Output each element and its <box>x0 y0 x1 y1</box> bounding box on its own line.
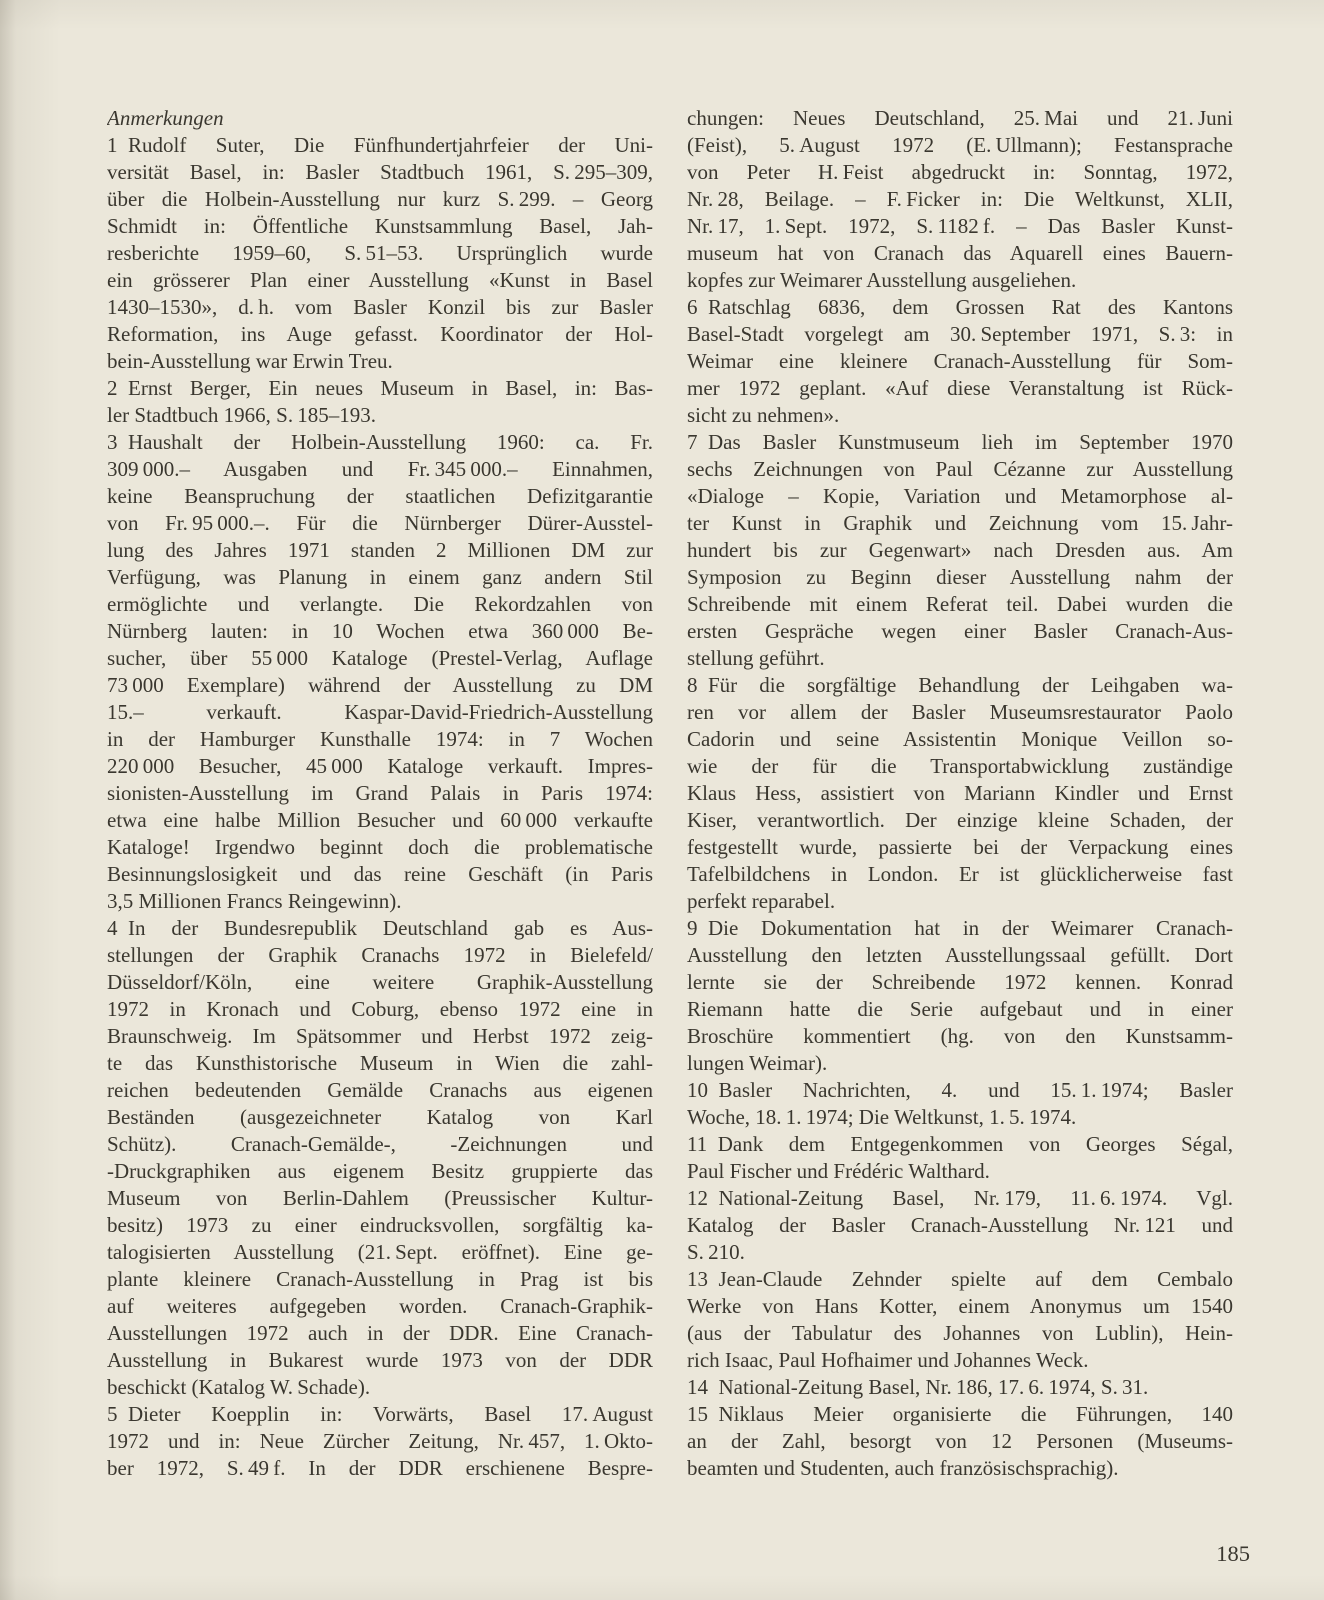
text-line: Ausstellung in Bukarest wurde 1973 von d… <box>107 1347 653 1374</box>
book-page-text: Anmerkungen 1 Rudolf Suter, Die Fünfhund… <box>107 105 1233 1482</box>
text-line: 15.– verkauft. Kaspar-David-Friedrich-Au… <box>107 699 653 726</box>
text-line: Schreibende mit einem Referat teil. Dabe… <box>687 591 1233 618</box>
text-line: Museum von Berlin-Dahlem (Preussischer K… <box>107 1185 653 1212</box>
text-line: Broschüre kommentiert (hg. von den Kunst… <box>687 1023 1233 1050</box>
text-line: 1972 und in: Neue Zürcher Zeitung, Nr. 4… <box>107 1428 653 1455</box>
text-line: 14 National-Zeitung Basel, Nr. 186, 17. … <box>687 1374 1233 1401</box>
text-line: 11 Dank dem Entgegenkommen von Georges S… <box>687 1131 1233 1158</box>
text-line: festgestellt wurde, passierte bei der Ve… <box>687 834 1233 861</box>
text-line: Symposion zu Beginn dieser Ausstellung n… <box>687 564 1233 591</box>
text-line: talogisierten Ausstellung (21. Sept. erö… <box>107 1239 653 1266</box>
text-line: 13 Jean-Claude Zehnder spielte auf dem C… <box>687 1266 1233 1293</box>
text-line: museum hat von Cranach das Aquarell eine… <box>687 240 1233 267</box>
text-line: ber 1972, S. 49 f. In der DDR erschienen… <box>107 1455 653 1482</box>
text-line: besitz) 1973 zu einer eindrucksvollen, s… <box>107 1212 653 1239</box>
text-line: ermöglichte und verlangte. Die Rekordzah… <box>107 591 653 618</box>
text-line: Düsseldorf/Köln, eine weitere Graphik-Au… <box>107 969 653 996</box>
text-line: sicht zu nehmen». <box>687 402 1233 429</box>
text-line: Schütz). Cranach-Gemälde-, -Zeichnungen … <box>107 1131 653 1158</box>
text-line: Reformation, ins Auge gefasst. Koordinat… <box>107 321 653 348</box>
text-line: Besinnungslosigkeit und das reine Geschä… <box>107 861 653 888</box>
text-line: von Fr. 95 000.–. Für die Nürnberger Dür… <box>107 510 653 537</box>
text-line: 1 Rudolf Suter, Die Fünfhundertjahrfeier… <box>107 132 653 159</box>
text-line: Woche, 18. 1. 1974; Die Weltkunst, 1. 5.… <box>687 1104 1233 1131</box>
text-line: kopfes zur Weimarer Ausstellung ausgelie… <box>687 267 1233 294</box>
text-line: Riemann hatte die Serie aufgebaut und in… <box>687 996 1233 1023</box>
text-line: Braunschweig. Im Spätsommer und Herbst 1… <box>107 1023 653 1050</box>
text-line: keine Beanspruchung der staatlichen Defi… <box>107 483 653 510</box>
text-line: etwa eine halbe Million Besucher und 60 … <box>107 807 653 834</box>
text-line: von Peter H. Feist abgedruckt in: Sonnta… <box>687 159 1233 186</box>
text-line: lernte sie der Schreibende 1972 kennen. … <box>687 969 1233 996</box>
text-line: Kiser, verantwortlich. Der einzige klein… <box>687 807 1233 834</box>
text-line: lung des Jahres 1971 standen 2 Millionen… <box>107 537 653 564</box>
text-line: -Druckgraphiken aus eigenem Besitz grupp… <box>107 1158 653 1185</box>
text-line: Tafelbildchens in London. Er ist glückli… <box>687 861 1233 888</box>
notes-right: chungen: Neues Deutschland, 25. Mai und … <box>687 105 1233 1482</box>
text-line: über die Holbein-Ausstellung nur kurz S.… <box>107 186 653 213</box>
text-line: in der Hamburger Kunsthalle 1974: in 7 W… <box>107 726 653 753</box>
text-line: ler Stadtbuch 1966, S. 185–193. <box>107 402 653 429</box>
text-line: Weimar eine kleinere Cranach-Ausstellung… <box>687 348 1233 375</box>
text-line: 7 Das Basler Kunstmuseum lieh im Septemb… <box>687 429 1233 456</box>
text-line: 309 000.– Ausgaben und Fr. 345 000.– Ein… <box>107 456 653 483</box>
left-column: Anmerkungen 1 Rudolf Suter, Die Fünfhund… <box>107 105 653 1482</box>
text-line: plante kleinere Cranach-Ausstellung in P… <box>107 1266 653 1293</box>
text-line: Schmidt in: Öffentliche Kunstsammlung Ba… <box>107 213 653 240</box>
text-line: Katalog der Basler Cranach-Ausstellung N… <box>687 1212 1233 1239</box>
text-line: Beständen (ausgezeichneter Katalog von K… <box>107 1104 653 1131</box>
text-line: beamten und Studenten, auch französischs… <box>687 1455 1233 1482</box>
notes-left: 1 Rudolf Suter, Die Fünfhundertjahrfeier… <box>107 132 653 1482</box>
text-line: ter Kunst in Graphik und Zeichnung vom 1… <box>687 510 1233 537</box>
text-line: Basel-Stadt vorgelegt am 30. September 1… <box>687 321 1233 348</box>
text-line: stellungen der Graphik Cranachs 1972 in … <box>107 942 653 969</box>
text-line: an der Zahl, besorgt von 12 Personen (Mu… <box>687 1428 1233 1455</box>
text-line: 1430–1530», d. h. vom Basler Konzil bis … <box>107 294 653 321</box>
text-line: stellung geführt. <box>687 645 1233 672</box>
text-line: 15 Niklaus Meier organisierte die Führun… <box>687 1401 1233 1428</box>
text-line: mer 1972 geplant. «Auf diese Veranstaltu… <box>687 375 1233 402</box>
text-line: beschickt (Katalog W. Schade). <box>107 1374 653 1401</box>
text-line: 10 Basler Nachrichten, 4. und 15. 1. 197… <box>687 1077 1233 1104</box>
text-line: 6 Ratschlag 6836, dem Grossen Rat des Ka… <box>687 294 1233 321</box>
text-line: ersten Gespräche wegen einer Basler Cran… <box>687 618 1233 645</box>
text-line: wie der für die Transportabwicklung zust… <box>687 753 1233 780</box>
text-line: 4 In der Bundesrepublik Deutschland gab … <box>107 915 653 942</box>
text-line: 220 000 Besucher, 45 000 Kataloge verkau… <box>107 753 653 780</box>
text-line: Klaus Hess, assistiert von Mariann Kindl… <box>687 780 1233 807</box>
text-line: 3 Haushalt der Holbein-Ausstellung 1960:… <box>107 429 653 456</box>
text-line: (aus der Tabulatur des Johannes von Lubl… <box>687 1320 1233 1347</box>
text-line: auf weiteres aufgegeben worden. Cranach-… <box>107 1293 653 1320</box>
text-line: sechs Zeichnungen von Paul Cézanne zur A… <box>687 456 1233 483</box>
text-line: Nr. 17, 1. Sept. 1972, S. 1182 f. – Das … <box>687 213 1233 240</box>
text-line: bein-Ausstellung war Erwin Treu. <box>107 348 653 375</box>
text-line: (Feist), 5. August 1972 (E. Ullmann); Fe… <box>687 132 1233 159</box>
text-line: chungen: Neues Deutschland, 25. Mai und … <box>687 105 1233 132</box>
right-column: chungen: Neues Deutschland, 25. Mai und … <box>687 105 1233 1482</box>
text-line: rich Isaac, Paul Hofhaimer und Johannes … <box>687 1347 1233 1374</box>
text-line: 3,5 Millionen Francs Reingewinn). <box>107 888 653 915</box>
text-line: Nürnberg lauten: in 10 Wochen etwa 360 0… <box>107 618 653 645</box>
text-line: 73 000 Exemplare) während der Ausstellun… <box>107 672 653 699</box>
text-line: «Dialoge – Kopie, Variation und Metamorp… <box>687 483 1233 510</box>
text-line: reichen bedeutenden Gemälde Cranachs aus… <box>107 1077 653 1104</box>
text-line: 9 Die Dokumentation hat in der Weimarer … <box>687 915 1233 942</box>
text-line: Ausstellungen 1972 auch in der DDR. Eine… <box>107 1320 653 1347</box>
notes-heading: Anmerkungen <box>107 105 653 132</box>
text-line: lungen Weimar). <box>687 1050 1233 1077</box>
text-line: 8 Für die sorgfältige Behandlung der Lei… <box>687 672 1233 699</box>
text-line: sucher, über 55 000 Kataloge (Prestel-Ve… <box>107 645 653 672</box>
page-number: 185 <box>1120 1540 1250 1567</box>
text-line: Verfügung, was Planung in einem ganz and… <box>107 564 653 591</box>
text-line: Kataloge! Irgendwo beginnt doch die prob… <box>107 834 653 861</box>
text-line: te das Kunsthistorische Museum in Wien d… <box>107 1050 653 1077</box>
text-line: S. 210. <box>687 1239 1233 1266</box>
text-line: 5 Dieter Koepplin in: Vorwärts, Basel 17… <box>107 1401 653 1428</box>
text-line: Cadorin und seine Assistentin Monique Ve… <box>687 726 1233 753</box>
text-line: resberichte 1959–60, S. 51–53. Ursprüngl… <box>107 240 653 267</box>
text-line: Paul Fischer und Frédéric Walthard. <box>687 1158 1233 1185</box>
text-line: hundert bis zur Gegenwart» nach Dresden … <box>687 537 1233 564</box>
text-line: Ausstellung den letzten Ausstellungssaal… <box>687 942 1233 969</box>
text-line: versität Basel, in: Basler Stadtbuch 196… <box>107 159 653 186</box>
text-line: ein grösserer Plan einer Ausstellung «Ku… <box>107 267 653 294</box>
text-line: sionisten-Ausstellung im Grand Palais in… <box>107 780 653 807</box>
text-line: Nr. 28, Beilage. – F. Ficker in: Die Wel… <box>687 186 1233 213</box>
text-line: 12 National-Zeitung Basel, Nr. 179, 11. … <box>687 1185 1233 1212</box>
text-line: ren vor allem der Basler Museumsrestaura… <box>687 699 1233 726</box>
text-line: Werke von Hans Kotter, einem Anonymus um… <box>687 1293 1233 1320</box>
text-line: perfekt reparabel. <box>687 888 1233 915</box>
text-line: 2 Ernst Berger, Ein neues Museum in Base… <box>107 375 653 402</box>
text-line: 1972 in Kronach und Coburg, ebenso 1972 … <box>107 996 653 1023</box>
